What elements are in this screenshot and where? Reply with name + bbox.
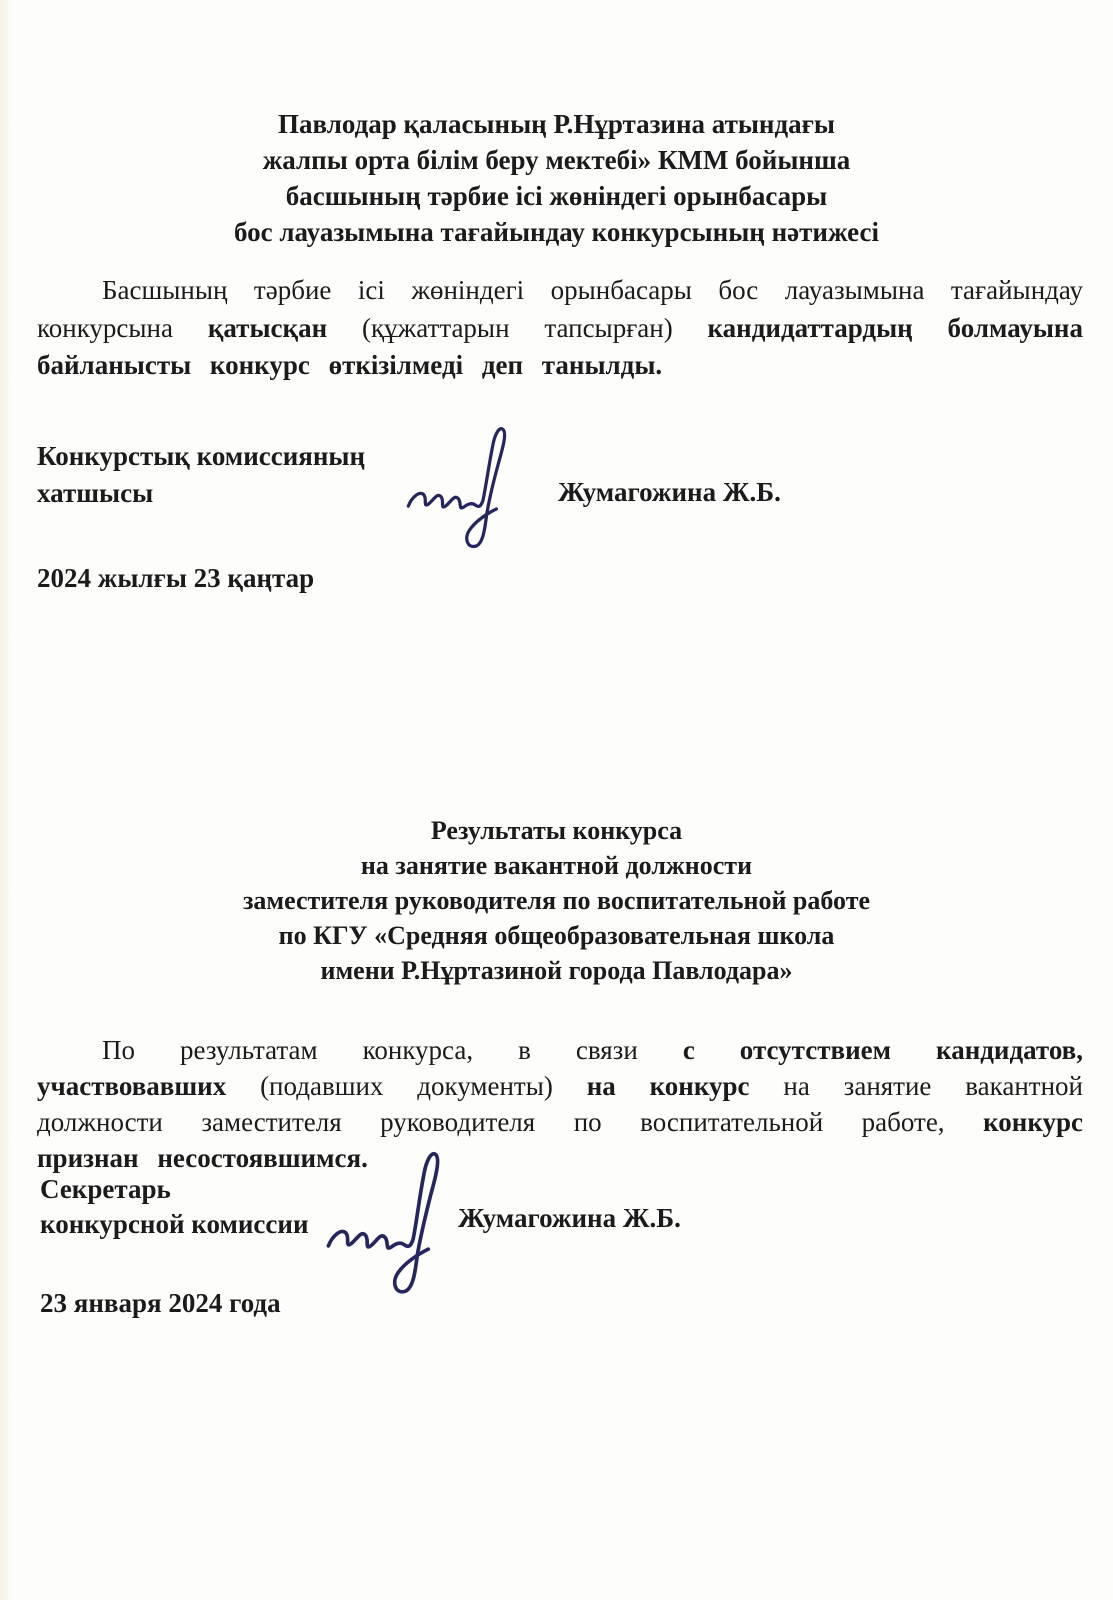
signature-ink-icon — [400, 418, 520, 552]
signatory-name-ru: Жумагожина Ж.Б. — [458, 1203, 681, 1234]
title-line: бос лауазымына тағайындау конкурсының нә… — [0, 214, 1113, 250]
title-line: жалпы орта білім беру мектебі» КММ бойын… — [0, 142, 1113, 178]
title-line: Павлодар қаласының Р.Нұртазина атындағы — [0, 106, 1113, 142]
document-title-ru: Результаты конкурса на занятие вакантной… — [0, 813, 1113, 988]
document-title-kk: Павлодар қаласының Р.Нұртазина атындағы … — [0, 106, 1113, 250]
document-date-ru: 23 января 2024 года — [40, 1288, 281, 1319]
title-line: на занятие вакантной должности — [0, 848, 1113, 883]
title-line: имени Р.Нұртазиной города Павлодара» — [0, 953, 1113, 988]
text-segment-bold: на конкурс — [587, 1071, 784, 1101]
signatory-name-kk: Жумагожина Ж.Б. — [558, 477, 781, 508]
signature-role-kk: Конкурстық комиссияның хатшысы — [37, 438, 365, 512]
text-segment: По результатам конкурса, в связи — [102, 1035, 683, 1065]
signature-role-line: Секретарь — [40, 1172, 309, 1207]
document-date-kk: 2024 жылғы 23 қаңтар — [37, 563, 314, 594]
signature-role-line: конкурсной комиссии — [40, 1207, 309, 1242]
title-line: басшының тәрбие ісі жөніндегі орынбасары — [0, 178, 1113, 214]
title-line: Результаты конкурса — [0, 813, 1113, 848]
text-segment: (подавших документы) — [260, 1071, 587, 1101]
scanned-document-page: Павлодар қаласының Р.Нұртазина атындағы … — [0, 0, 1113, 1600]
title-line: по КГУ «Средняя общеобразовательная школ… — [0, 918, 1113, 953]
signature-role-line: хатшысы — [37, 475, 365, 512]
signature-ink-icon — [318, 1146, 456, 1298]
title-line: заместителя руководителя по воспитательн… — [0, 883, 1113, 918]
text-segment: (құжаттарын тапсырған) — [362, 313, 708, 343]
body-paragraph-ru: По результатам конкурса, в связи с отсут… — [37, 1032, 1083, 1176]
signature-role-line: Конкурстық комиссияның — [37, 438, 365, 475]
body-paragraph-kk: Басшының тәрбие ісі жөніндегі орынбасары… — [37, 272, 1083, 385]
text-segment-bold: қатысқан — [208, 313, 362, 343]
signature-role-ru: Секретарь конкурсной комиссии — [40, 1172, 309, 1242]
